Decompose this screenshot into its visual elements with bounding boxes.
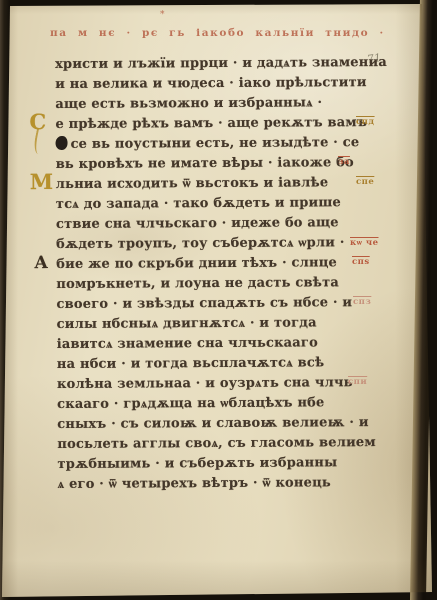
text-line: ствие сна члчьскаго · идеже бо аще bbox=[56, 213, 401, 235]
scribal-mark: * bbox=[160, 10, 165, 20]
line-text: бѫдеть троупъ, тоу съберѫтсѧ ѡрли · bbox=[56, 235, 345, 252]
text-line: Мльниа исходить ѿ вьстокъ и іавлѣе bbox=[56, 173, 401, 195]
text-line: аще есть вьзможно и избранныѧ · bbox=[55, 93, 400, 115]
line-text: іавитсѧ знамение сна члчьскааго bbox=[57, 335, 318, 352]
line-text: и на велика и чюдеса · іако прѣльстити bbox=[55, 75, 367, 92]
inked-initial bbox=[55, 136, 67, 150]
line-text: се вь поустыни есть, не изыдѣте · се bbox=[71, 135, 360, 152]
text-line: іавитсѧ знамение сна члчьскааго bbox=[57, 333, 402, 355]
line-text: сныхъ · съ силоѭ и славоѭ велиеѭ · и bbox=[57, 415, 368, 432]
drop-cap: А bbox=[34, 253, 48, 273]
line-text: силы нбсныѧ двигнѫтсѧ · и тогда bbox=[57, 315, 317, 332]
text-line: своего · и звѣзды спадѫть съ нбсе · и bbox=[56, 293, 401, 315]
line-text: на нбси · и тогда вьсплачѫтсѧ всѣ bbox=[57, 355, 325, 372]
text-line: силы нбсныѧ двигнѫтсѧ · и тогда bbox=[57, 313, 402, 335]
text-line: сныхъ · съ силоѭ и славоѭ велиеѭ · и bbox=[57, 413, 402, 435]
margin-note: спд bbox=[356, 117, 375, 127]
margin-note: спи bbox=[348, 377, 367, 387]
line-text: скааго · грѧдѫща на ѡблацѣхъ нбе bbox=[57, 395, 324, 412]
text-line: трѫбныимь · и съберѫть избранны bbox=[57, 453, 402, 475]
line-text: бие же по скръби днии тѣхъ · слнце bbox=[56, 255, 337, 272]
text-line: ѧ его · ѿ четырехъ вѣтръ · ѿ конець bbox=[58, 473, 403, 495]
line-text: аще есть вьзможно и избранныѧ · bbox=[55, 95, 322, 112]
text-line: скааго · грѧдѫща на ѡблацѣхъ нбе bbox=[57, 393, 402, 415]
margin-note: спе bbox=[356, 177, 374, 187]
line-text: е прѣжде рѣхъ вамъ · аще рекѫтъ вамъ bbox=[55, 115, 367, 132]
margin-note: за bbox=[338, 157, 350, 167]
line-text: ствие сна члчьскаго · идеже бо аще bbox=[56, 215, 339, 232]
line-text: льниа исходить ѿ вьстокъ и іавлѣе bbox=[56, 175, 329, 192]
margin-note: кѡ че bbox=[350, 237, 379, 248]
text-line: Се прѣжде рѣхъ вамъ · аще рекѫтъ вамъ bbox=[55, 113, 400, 135]
header-rubric: па м нє · рє гь іакобо кальнїи тнидо · bbox=[50, 27, 350, 39]
line-text: ѧ его · ѿ четырехъ вѣтръ · ѿ конець bbox=[58, 475, 331, 492]
manuscript-photo: па м нє · рє гь іакобо кальнїи тнидо · 7… bbox=[0, 0, 437, 600]
margin-note: спз bbox=[353, 297, 371, 307]
line-text: тсѧ до запада · тако бѫдеть и прише bbox=[56, 195, 341, 212]
line-text: вь кровѣхъ не имате вѣры · іакоже бо bbox=[56, 155, 354, 172]
text-line: се вь поустыни есть, не изыдѣте · се bbox=[55, 133, 400, 155]
text-line: и на велика и чюдеса · іако прѣльстити bbox=[55, 73, 400, 95]
text-line: помръкнеть, и лоуна не дасть свѣта bbox=[56, 273, 401, 295]
text-line: тсѧ до запада · тако бѫдеть и прише bbox=[56, 193, 401, 215]
line-text: трѫбныимь · и съберѫть избранны bbox=[57, 455, 337, 472]
text-block: христи и лъжїи пррци · и дадѧть знамениа… bbox=[55, 53, 403, 495]
margin-note: спѕ bbox=[352, 257, 370, 267]
line-text: колѣна земльнаа · и оузрѧть сна члчь bbox=[57, 375, 353, 392]
drop-cap: М bbox=[30, 172, 54, 192]
text-line: Абие же по скръби днии тѣхъ · слнце bbox=[56, 253, 401, 275]
text-line: посьлеть агглы своѧ, съ гласомь велием bbox=[57, 433, 402, 455]
text-line: христи и лъжїи пррци · и дадѧть знамениа bbox=[55, 53, 400, 75]
line-text: своего · и звѣзды спадѫть съ нбсе · и bbox=[56, 295, 352, 312]
line-text: помръкнеть, и лоуна не дасть свѣта bbox=[56, 275, 339, 292]
text-line: на нбси · и тогда вьсплачѫтсѧ всѣ bbox=[57, 353, 402, 375]
line-text: христи и лъжїи пррци · и дадѧть знамениа bbox=[55, 55, 387, 72]
line-text: посьлеть агглы своѧ, съ гласомь велием bbox=[57, 435, 376, 452]
